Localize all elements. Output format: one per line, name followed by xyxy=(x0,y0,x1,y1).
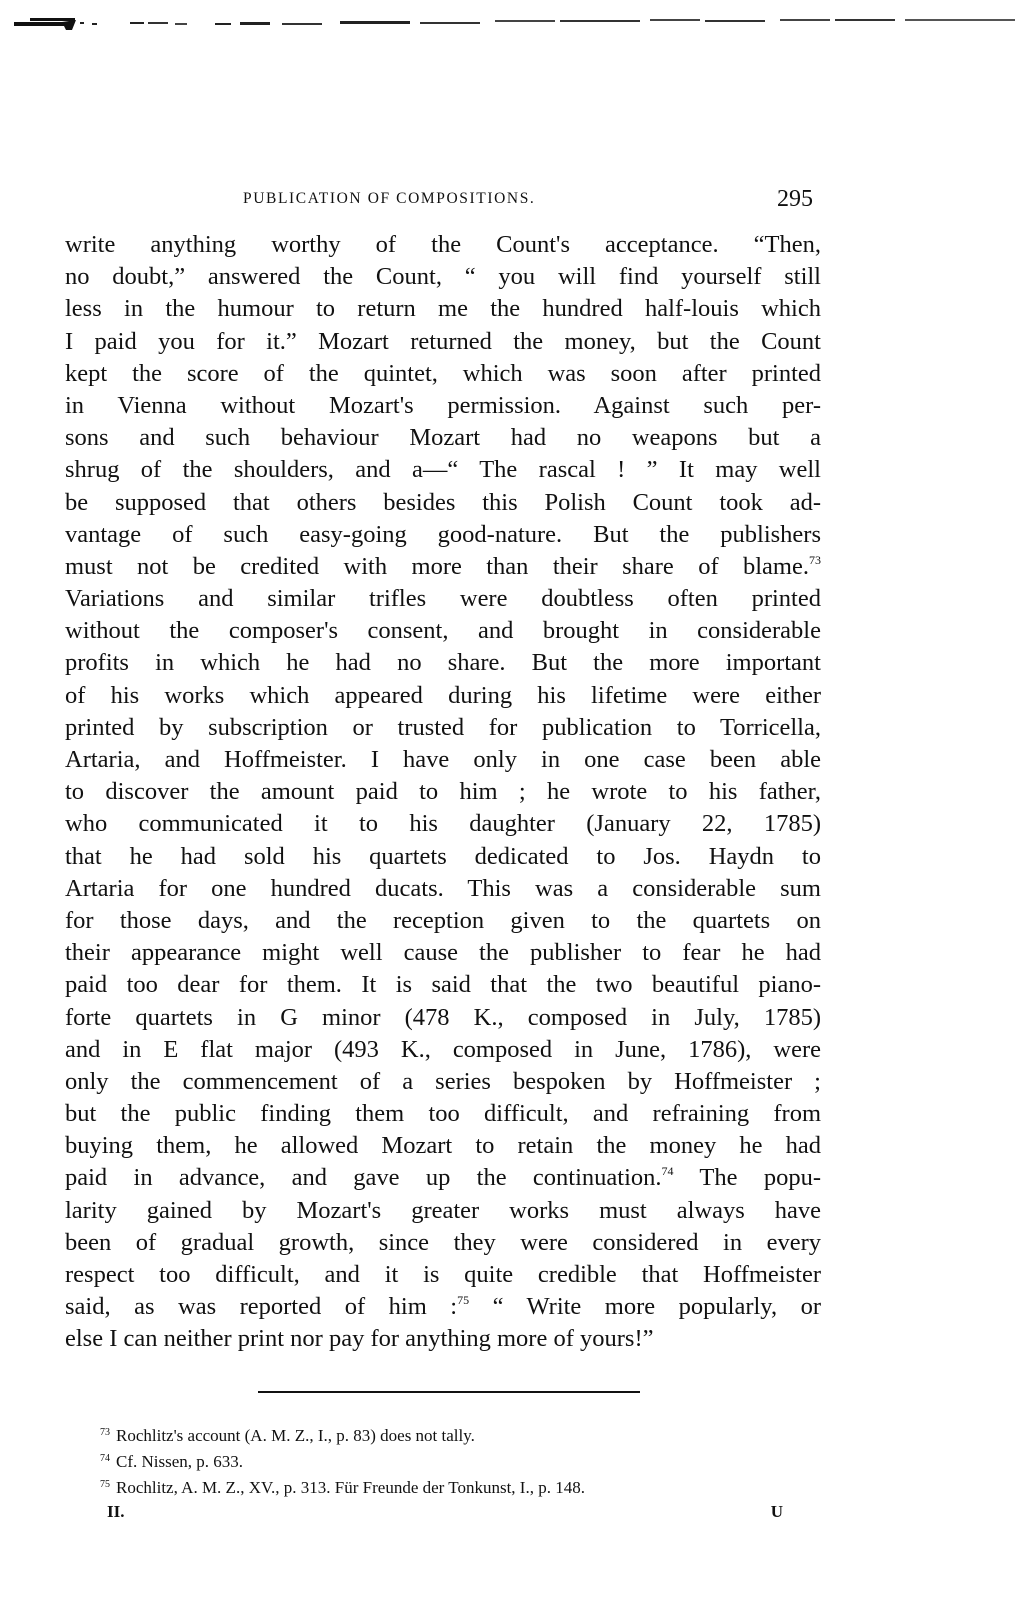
footnote-mark: 74 xyxy=(100,1453,110,1464)
text-line: for those days, and the reception given … xyxy=(65,905,821,937)
footnote-ref-75[interactable]: 75 xyxy=(457,1293,469,1307)
footnote-73: 73Rochlitz's account (A. M. Z., I., p. 8… xyxy=(100,1420,800,1446)
text-segment: must not be credited with more than thei… xyxy=(65,553,809,580)
footnote-mark: 75 xyxy=(100,1479,110,1490)
text-line: only the commencement of a series bespok… xyxy=(65,1066,821,1098)
text-segment: said, as was reported of him : xyxy=(65,1293,457,1320)
volume-mark: II. xyxy=(107,1502,124,1522)
text-line-with-note-75: said, as was reported of him :75 “ Write… xyxy=(65,1291,821,1323)
text-line: no doubt,” answered the Count, “ you wil… xyxy=(65,261,821,293)
text-line: larity gained by Mozart's greater works … xyxy=(65,1195,821,1227)
text-line: but the public finding them too difficul… xyxy=(65,1098,821,1130)
text-line: Artaria, and Hoffmeister. I have only in… xyxy=(65,744,821,776)
body-text: write anything worthy of the Count's acc… xyxy=(65,229,821,1356)
text-line: printed by subscription or trusted for p… xyxy=(65,712,821,744)
text-line: buying them, he allowed Mozart to retain… xyxy=(65,1130,821,1162)
text-line: their appearance might well cause the pu… xyxy=(65,937,821,969)
footnote-text: Rochlitz's account (A. M. Z., I., p. 83)… xyxy=(116,1426,475,1445)
footnote-divider xyxy=(258,1391,640,1393)
text-line: been of gradual growth, since they were … xyxy=(65,1227,821,1259)
text-segment: paid in advance, and gave up the continu… xyxy=(65,1164,662,1191)
text-line: of his works which appeared during his l… xyxy=(65,680,821,712)
text-segment: “ Write more popularly, or xyxy=(469,1293,821,1320)
text-line: kept the score of the quintet, which was… xyxy=(65,358,821,390)
text-line: and in E flat major (493 K., composed in… xyxy=(65,1034,821,1066)
text-line: without the composer's consent, and brou… xyxy=(65,615,821,647)
text-line: that he had sold his quartets dedicated … xyxy=(65,841,821,873)
text-line: paid too dear for them. It is said that … xyxy=(65,969,821,1001)
scan-noise-artifact xyxy=(0,14,1034,34)
footnote-75: 75Rochlitz, A. M. Z., XV., p. 313. Für F… xyxy=(100,1472,800,1498)
text-line: else I can neither print nor pay for any… xyxy=(65,1323,821,1355)
text-line: to discover the amount paid to him ; he … xyxy=(65,776,821,808)
running-head: PUBLICATION OF COMPOSITIONS. 295 xyxy=(243,186,823,216)
text-line: Variations and similar trifles were doub… xyxy=(65,583,821,615)
text-segment: The popu- xyxy=(674,1164,821,1191)
text-line: write anything worthy of the Count's acc… xyxy=(65,229,821,261)
footnote-ref-74[interactable]: 74 xyxy=(662,1164,674,1178)
text-line: Artaria for one hundred ducats. This was… xyxy=(65,873,821,905)
text-line-with-note-73: must not be credited with more than thei… xyxy=(65,551,821,583)
text-line: shrug of the shoulders, and a—“ The rasc… xyxy=(65,454,821,486)
text-line: sons and such behaviour Mozart had no we… xyxy=(65,422,821,454)
text-line: vantage of such easy-going good-nature. … xyxy=(65,519,821,551)
footnote-mark: 73 xyxy=(100,1427,110,1438)
text-line-with-note-74: paid in advance, and gave up the continu… xyxy=(65,1162,821,1194)
footnotes: 73Rochlitz's account (A. M. Z., I., p. 8… xyxy=(100,1420,800,1498)
footnote-74: 74Cf. Nissen, p. 633. xyxy=(100,1446,800,1472)
text-line: be supposed that others besides this Pol… xyxy=(65,487,821,519)
running-title: PUBLICATION OF COMPOSITIONS. xyxy=(243,190,535,208)
text-line: I paid you for it.” Mozart returned the … xyxy=(65,326,821,358)
printer-signature: II. U xyxy=(107,1502,797,1526)
text-line: forte quartets in G minor (478 K., compo… xyxy=(65,1002,821,1034)
text-line: who communicated it to his daughter (Jan… xyxy=(65,808,821,840)
text-line: less in the humour to return me the hund… xyxy=(65,293,821,325)
text-line: profits in which he had no share. But th… xyxy=(65,647,821,679)
sheet-signature: U xyxy=(771,1502,783,1522)
footnote-text: Rochlitz, A. M. Z., XV., p. 313. Für Fre… xyxy=(116,1478,585,1497)
text-line: respect too difficult, and it is quite c… xyxy=(65,1259,821,1291)
footnote-ref-73[interactable]: 73 xyxy=(809,553,821,567)
footnote-text: Cf. Nissen, p. 633. xyxy=(116,1452,243,1471)
text-line: in Vienna without Mozart's permission. A… xyxy=(65,390,821,422)
page-number: 295 xyxy=(777,186,813,213)
